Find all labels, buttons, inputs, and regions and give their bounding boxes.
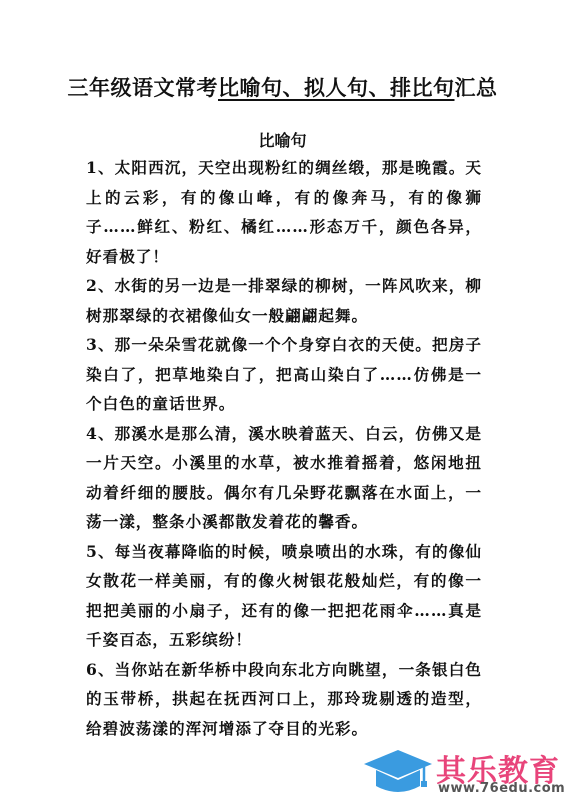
watermark-logo: 其乐教育 www.76edu.com: [362, 746, 562, 798]
title-underlined: 比喻句、拟人句、排比句: [218, 75, 455, 100]
section-heading: 比喻句: [0, 128, 565, 151]
paragraph-4: 4、那溪水是那么清，溪水映着蓝天、白云，仿佛又是一片天空。小溪里的水草，被水推着…: [86, 419, 482, 537]
paragraph-6: 6、当你站在新华桥中段向东北方向眺望，一条银白色的玉带桥，拱起在抚西河口上，那玲…: [86, 655, 482, 744]
paragraph-3: 3、那一朵朵雪花就像一个个身穿白衣的天使。把房子染白了，把草地染白了，把高山染白…: [86, 330, 482, 419]
graduation-cap-icon: [362, 746, 434, 798]
title-suffix: 汇总: [455, 75, 498, 100]
brand-url: www.76edu.com: [438, 781, 565, 796]
paragraph-2: 2、水街的另一边是一排翠绿的柳树，一阵风吹来，柳树那翠绿的衣裙像仙女一般翩翩起舞…: [86, 271, 482, 330]
paragraph-5: 5、每当夜幕降临的时候，喷泉喷出的水珠，有的像仙女散花一样美丽，有的像火树银花般…: [86, 537, 482, 655]
document-body: 1、太阳西沉，天空出现粉红的绸丝缎，那是晚霞。天上的云彩，有的像山峰，有的像奔马…: [86, 153, 482, 743]
document-title: 三年级语文常考比喻句、拟人句、排比句汇总: [0, 72, 565, 102]
paragraph-1: 1、太阳西沉，天空出现粉红的绸丝缎，那是晚霞。天上的云彩，有的像山峰，有的像奔马…: [86, 153, 482, 271]
title-prefix: 三年级语文常考: [68, 75, 219, 100]
